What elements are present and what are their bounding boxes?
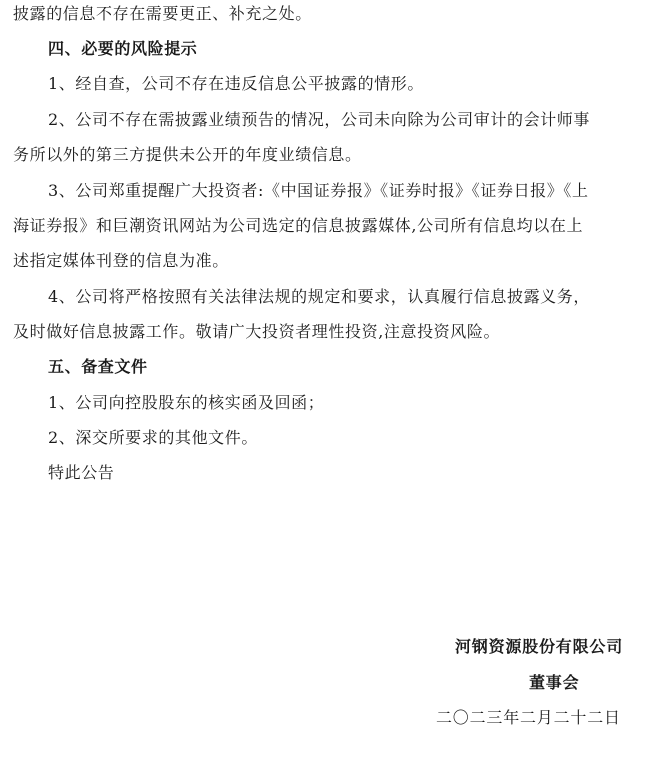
risk-item-2: 2、公司不存在需披露业绩预告的情况，公司未向除为公司审计的会计师事 bbox=[48, 110, 590, 130]
risk-item-4: 4、公司将严格按照有关法律法规的规定和要求，认真履行信息披露义务， bbox=[48, 287, 590, 307]
risk-item-4-cont: 及时做好信息披露工作。敬请广大投资者理性投资,注意投资风险。 bbox=[13, 322, 500, 342]
signature-company: 河钢资源股份有限公司 bbox=[455, 637, 623, 657]
risk-item-3-cont-1: 海证券报》和巨潮资讯网站为公司选定的信息披露媒体,公司所有信息均以在上 bbox=[13, 216, 583, 236]
paragraph-continuation: 披露的信息不存在需要更正、补充之处。 bbox=[13, 4, 312, 24]
document-item-1: 1、公司向控股股东的核实函及回函； bbox=[48, 393, 324, 413]
signature-date: 二〇二三年二月二十二日 bbox=[436, 708, 621, 728]
risk-item-2-cont: 务所以外的第三方提供未公开的年度业绩信息。 bbox=[13, 145, 362, 165]
risk-item-1: 1、经自查，公司不存在违反信息公平披露的情形。 bbox=[48, 74, 424, 94]
document-item-2: 2、深交所要求的其他文件。 bbox=[48, 428, 258, 448]
risk-item-3: 3、公司郑重提醒广大投资者:《中国证券报》《证券时报》《证券日报》《上 bbox=[48, 181, 589, 201]
risk-item-3-cont-2: 述指定媒体刊登的信息为准。 bbox=[13, 251, 229, 271]
signature-board: 董事会 bbox=[529, 673, 579, 693]
section-heading-documents: 五、备查文件 bbox=[48, 357, 148, 377]
section-heading-risk: 四、必要的风险提示 bbox=[48, 39, 197, 59]
announcement-closing: 特此公告 bbox=[48, 463, 114, 483]
